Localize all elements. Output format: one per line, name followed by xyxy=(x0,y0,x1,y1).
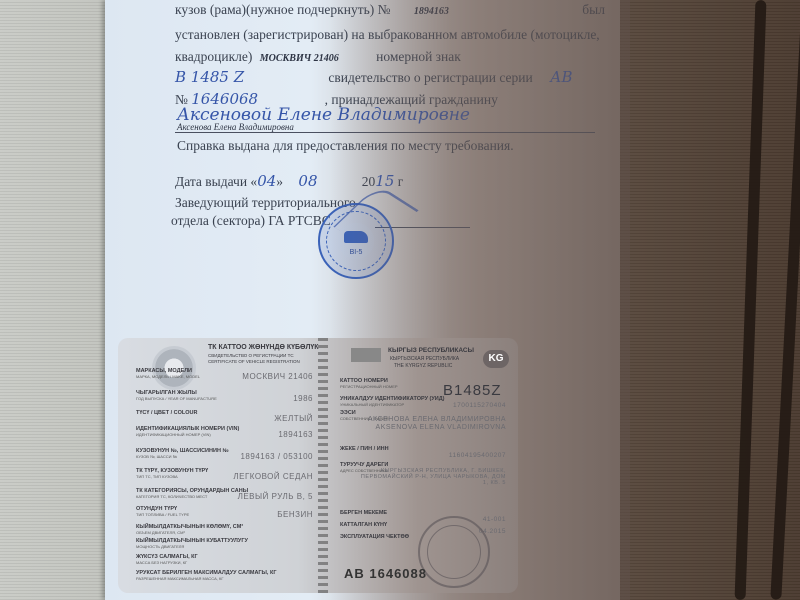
card-field-label: ЖҮКСҮЗ САЛМАГЫ, КГМАССА БЕЗ НАГРУЗКИ, КГ xyxy=(136,554,198,565)
card-field-value: ЛЕВЫЙ РУЛЬ В, 5 xyxy=(238,492,313,501)
head-title-1: Заведующий территориального xyxy=(175,195,356,211)
card-field-label: ОТУНДУН ТҮРҮТИП ТОПЛИВА / FUEL TYPE xyxy=(136,506,189,517)
card-field-label: ЖЕКЕ / ПИН / ИНН xyxy=(340,446,389,452)
label: Дата выдачи « xyxy=(175,174,257,189)
underline xyxy=(175,132,595,133)
purpose-text: Справка выдана для предоставления по мес… xyxy=(177,138,514,154)
head-title-2: отдела (сектора) ГА РТСВС xyxy=(171,213,331,229)
card-field-label: ИДЕНТИФИКАЦИЯЛЫК НОМЕРИ (VIN)ИДЕНТИФИКАЦ… xyxy=(136,426,239,437)
line-2: установлен (зарегистрирован) на выбраков… xyxy=(175,27,600,43)
card-field-label: ТҮСҮ / ЦВЕТ / COLOUR xyxy=(136,410,197,416)
date-month: 08 xyxy=(298,172,358,190)
label: 20 xyxy=(362,174,376,189)
card-field-label: ТК КАТЕГОРИЯСЫ, ОРУНДАРДЫН САНЫКАТЕГОРИЯ… xyxy=(136,488,248,499)
card-field-value: 1894163 xyxy=(278,430,313,439)
card-field-value: 1700115270404 xyxy=(453,402,506,409)
label: » xyxy=(276,174,283,189)
card-field-value: AKSENOVA ELENA VLADIMIROVNA xyxy=(376,424,506,431)
card-field-label: УРУКСАТ БЕРИЛГЕН МАКСИМАЛДУУ САЛМАГЫ, КГ… xyxy=(136,570,276,581)
card-title-ru: СВИДЕТЕЛЬСТВО О РЕГИСТРАЦИИ ТС xyxy=(208,353,294,358)
barcode-strip xyxy=(318,338,328,593)
card-field-value: 11604195400207 xyxy=(449,452,506,459)
plate-handwritten: В 1485 Z xyxy=(175,68,315,86)
vehicle-model: МОСКВИЧ 21406 xyxy=(260,53,339,64)
country-name-en: THE KYRGYZ REPUBLIC xyxy=(394,363,452,369)
card-field-value: 1894163 / 053100 xyxy=(240,452,313,461)
card-field-label: КАТТАЛГАН КҮНҮ xyxy=(340,522,387,528)
series-handwritten: АВ xyxy=(550,68,572,86)
card-field-label: ЭКСПЛУАТАЦИЯ ЧЕКТӨӨ xyxy=(340,534,409,540)
card-field-value: 41-001 xyxy=(483,516,506,523)
card-field-label: БЕРГЕН МЕКЕМЕ xyxy=(340,510,387,516)
card-title: ТК КАТТОО ЖӨНҮНДӨ КҮБӨЛҮК xyxy=(208,344,319,351)
card-field-value: ЛЕГКОВОЙ СЕДАН xyxy=(233,472,313,481)
country-code-badge: KG xyxy=(483,350,509,368)
card-field-value: 1986 xyxy=(293,394,313,403)
date-year: 15 xyxy=(375,172,394,190)
label: номерной знак xyxy=(376,49,461,64)
stamp-label: BI-5 xyxy=(320,249,392,256)
line-1: кузов (рама)(нужное подчеркнуть) № 18941… xyxy=(175,2,605,18)
card-field-value: ЖЕЛТЫЙ xyxy=(274,414,313,423)
card-field-label: ТК ТҮРҮ, КУЗОВУНУН ТҮРҮТИП ТС, ТИП КУЗОВ… xyxy=(136,468,208,479)
card-serial: AB 1646088 xyxy=(344,566,427,581)
issue-date: Дата выдачи «04» 08 2015 г xyxy=(175,172,403,190)
body-number: 1894163 xyxy=(414,6,449,17)
line-3: квадроцикле) МОСКВИЧ 21406 номерной знак xyxy=(175,49,461,65)
card-field-label: ЧЫГАРЫЛГАН ЖЫЛЫГОД ВЫПУСКА / YEAR OF MAN… xyxy=(136,390,217,401)
card-field-value: АКСЕНОВА ЕЛЕНА ВЛАДИМИРОВНА xyxy=(368,416,506,423)
plate-number: B1485Z xyxy=(443,382,502,399)
date-day: 04 xyxy=(257,172,276,190)
card-field-label: КЫЙМЫЛДАТКЫЧЫНЫН КУБАТТУУЛУГУМОЩНОСТЬ ДВ… xyxy=(136,538,248,549)
card-stamp xyxy=(418,516,490,588)
card-field-label: МАРКАСЫ, МОДЕЛИМАРКА, МОДЕЛЬ / MAKE, MOD… xyxy=(136,368,200,379)
card-field-label: КУЗОВУНУН №, ШАССИСИНИН №КУЗОВ №, ШАССИ … xyxy=(136,448,229,459)
flag-icon xyxy=(351,348,381,362)
label: был xyxy=(582,2,605,17)
owner-typed: Аксенова Елена Владимировна xyxy=(177,122,294,132)
registration-card: ТК КАТТОО ЖӨНҮНДӨ КҮБӨЛҮК СВИДЕТЕЛЬСТВО … xyxy=(118,338,518,593)
label: г xyxy=(398,174,404,189)
label: свидетельство о регистрации серии xyxy=(328,70,532,85)
label: квадроцикле) xyxy=(175,49,252,64)
country-name: КЫРГЫЗ РЕСПУБЛИКАСЫ xyxy=(388,347,474,354)
card-field-value: МОСКВИЧ 21406 xyxy=(242,372,313,381)
card-title-en: CERTIFICATE OF VEHICLE REGISTRATION xyxy=(208,359,300,364)
country-name-ru: КЫРГЫЗСКАЯ РЕСПУБЛИКА xyxy=(390,356,459,362)
card-field-label: УНИКАЛДУУ ИДЕНТИФИКАТОРУ (УИД)УНИКАЛЬНЫЙ… xyxy=(340,396,445,407)
card-field-value: БЕНЗИН xyxy=(277,510,313,519)
line-4: В 1485 Z свидетельство о регистрации сер… xyxy=(175,68,573,86)
card-field-value: КЫРГЫЗСКАЯ РЕСПУБЛИКА, Г. БИШКЕК, ПЕРВОМ… xyxy=(356,468,506,486)
card-field-label: КЫЙМЫЛДАТКЫЧЫНЫН КӨЛӨМҮ, СМ³ОБЪЕМ ДВИГАТ… xyxy=(136,524,243,535)
card-field-label: КАТТОО НОМЕРИРЕГИСТРАЦИОННЫЙ НОМЕР xyxy=(340,378,398,389)
label: кузов (рама)(нужное подчеркнуть) № xyxy=(175,2,391,17)
